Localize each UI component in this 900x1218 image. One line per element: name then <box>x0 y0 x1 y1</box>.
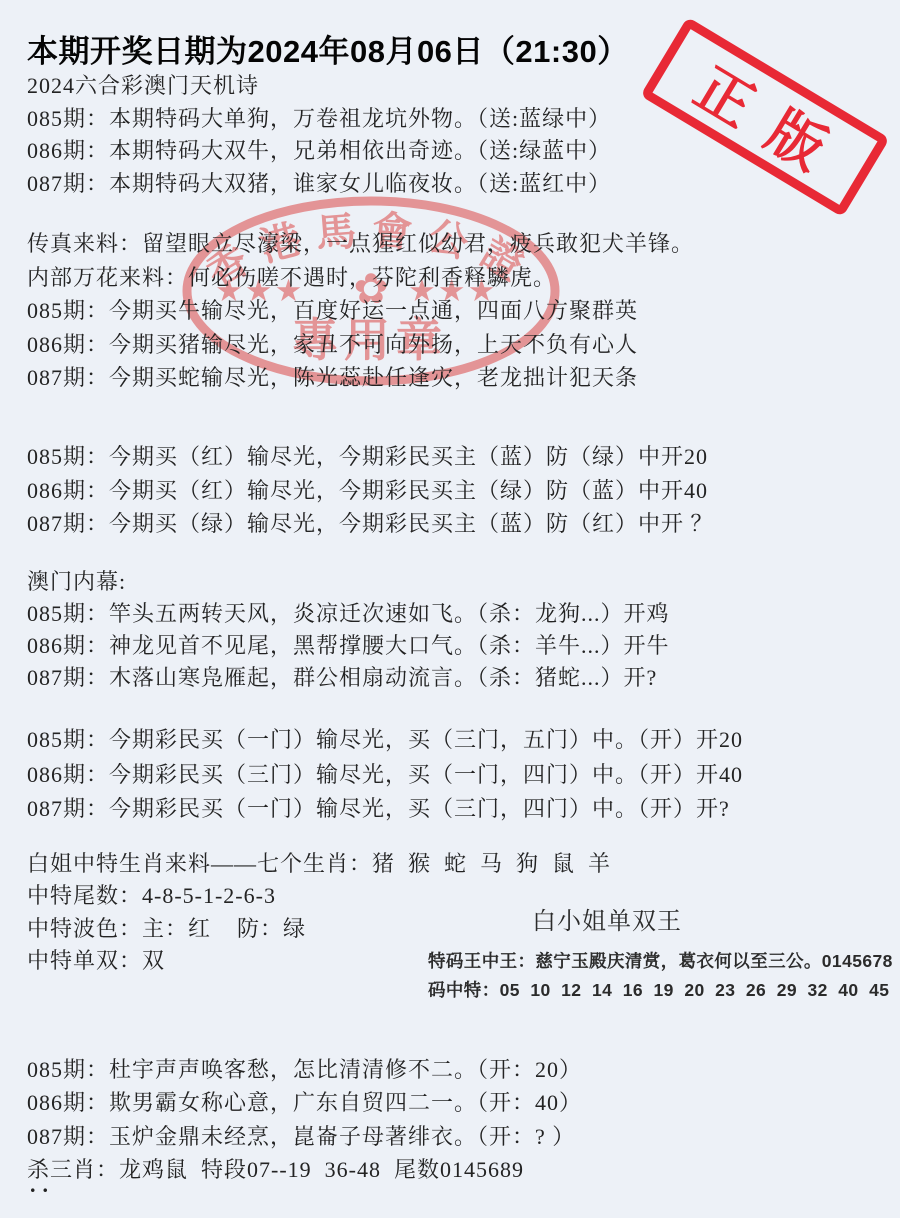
text-line: 087期：玉炉金鼎未经烹，崑崙子母著绯衣。（开：? ） <box>27 1120 582 1153</box>
text-line: 086期：今期彩民买（三门）输尽光，买（一门，四门）中。（开）开40 <box>27 758 743 793</box>
right-block-title: 白小姐单双王 <box>532 901 682 936</box>
text-line: 085期：今期彩民买（一门）输尽光，买（三门，五门）中。（开）开20 <box>27 723 743 758</box>
genuine-edition-stamp-label: 正 版 <box>682 45 848 189</box>
text-line: 086期：欺男霸女称心意，广东自贸四二一。（开：40） <box>27 1086 582 1119</box>
text-line: 白姐中特生肖来料——七个生肖：猪 猴 蛇 马 狗 鼠 羊 <box>27 848 611 880</box>
section-heading: 澳门内幕: <box>27 566 670 598</box>
text-line: 085期：今期买（红）输尽光，今期彩民买主（蓝）防（绿）中开20 <box>27 440 714 474</box>
text-line: 中特波色：主：红 防：绿 <box>27 913 611 945</box>
genuine-edition-stamp: 正 版 <box>640 17 890 217</box>
page-title: 本期开奖日期为2024年08月06日（21:30） <box>27 26 629 71</box>
text-line: 085期：本期特码大单狗，万卷祖龙坑外物。（送:蓝绿中） <box>27 103 611 136</box>
text-line: 传真来料：留望眼立尽濠梁，一点猩红似幼君，疲兵敢犯犬羊锋。 <box>27 227 694 261</box>
text-line: 杀三肖：龙鸡鼠 特段07--19 36-48 尾数0145689 <box>27 1153 582 1186</box>
text-line: 085期：竿头五两转天风，炎凉迁次速如飞。（杀：龙狗...）开鸡 <box>27 598 670 630</box>
text-line: 086期：今期买（红）输尽光，今期彩民买主（绿）防（蓝）中开40 <box>27 474 714 508</box>
text-line: 087期：今期买（绿）输尽光，今期彩民买主（蓝）防（红）中开 ？ <box>27 507 714 541</box>
footer-dots: .. <box>30 1172 55 1198</box>
section-color-bets: 085期：今期买（红）输尽光，今期彩民买主（蓝）防（绿）中开20 086期：今期… <box>27 440 714 541</box>
text-line: 087期：木落山寒凫雁起，群公相扇动流言。（杀：猪蛇...）开? <box>27 662 670 694</box>
code-numbers-line: 码中特：05 10 12 14 16 19 20 23 26 29 32 40 … <box>428 977 900 1002</box>
text-line: 087期：本期特码大双猪，谁家女儿临夜妆。（送:蓝红中） <box>27 168 611 201</box>
text-line: 085期：杜宇声声唤客愁，怎比清清修不二。（开：20） <box>27 1053 582 1086</box>
text-line: 087期：今期买蛇输尽光，陈光蕊赴任逢灾，老龙拙计犯天条 <box>27 361 694 395</box>
lottery-tip-sheet: 香港馬會公證 ★★★ ✿ ★★★ 專用章 正 版 本期开奖日期为2024年08月… <box>0 0 900 1218</box>
section-bottom-results: 085期：杜宇声声唤客愁，怎比清清修不二。（开：20） 086期：欺男霸女称心意… <box>27 1053 582 1187</box>
section-gate-bets: 085期：今期彩民买（一门）输尽光，买（三门，五门）中。（开）开20 086期：… <box>27 723 743 827</box>
text-line: 086期：今期买猪输尽光，家丑不可向外扬，上天不负有心人 <box>27 328 694 362</box>
text-line: 2024六合彩澳门天机诗 <box>27 70 611 103</box>
text-line: 087期：今期彩民买（一门）输尽光，买（三门，四门）中。（开）开? <box>27 792 743 827</box>
text-line: 086期：本期特码大双牛，兄弟相依出奇迹。（送:绿蓝中） <box>27 135 611 168</box>
section-tianji-poems: 2024六合彩澳门天机诗 085期：本期特码大单狗，万卷祖龙坑外物。（送:蓝绿中… <box>27 70 611 201</box>
text-line: 中特尾数：4-8-5-1-2-6-3 <box>27 880 611 912</box>
special-code-king-line: 特码王中王：慈宁玉殿庆清赏，葛衣何以至三公。0145678 <box>428 948 893 973</box>
text-line: 内部万花来料：何必伤嗟不遇时，芬陀利香释驎虎。 <box>27 261 694 295</box>
text-line: 085期：今期买牛输尽光，百度好运一点通，四面八方聚群英 <box>27 294 694 328</box>
section-macau-insider: 澳门内幕: 085期：竿头五两转天风，炎凉迁次速如飞。（杀：龙狗...）开鸡 0… <box>27 566 670 694</box>
section-fax-tips: 传真来料：留望眼立尽濠梁，一点猩红似幼君，疲兵敢犯犬羊锋。 内部万花来料：何必伤… <box>27 227 694 395</box>
text-line: 086期：神龙见首不见尾，黑帮撑腰大口气。（杀：羊牛...）开牛 <box>27 630 670 662</box>
